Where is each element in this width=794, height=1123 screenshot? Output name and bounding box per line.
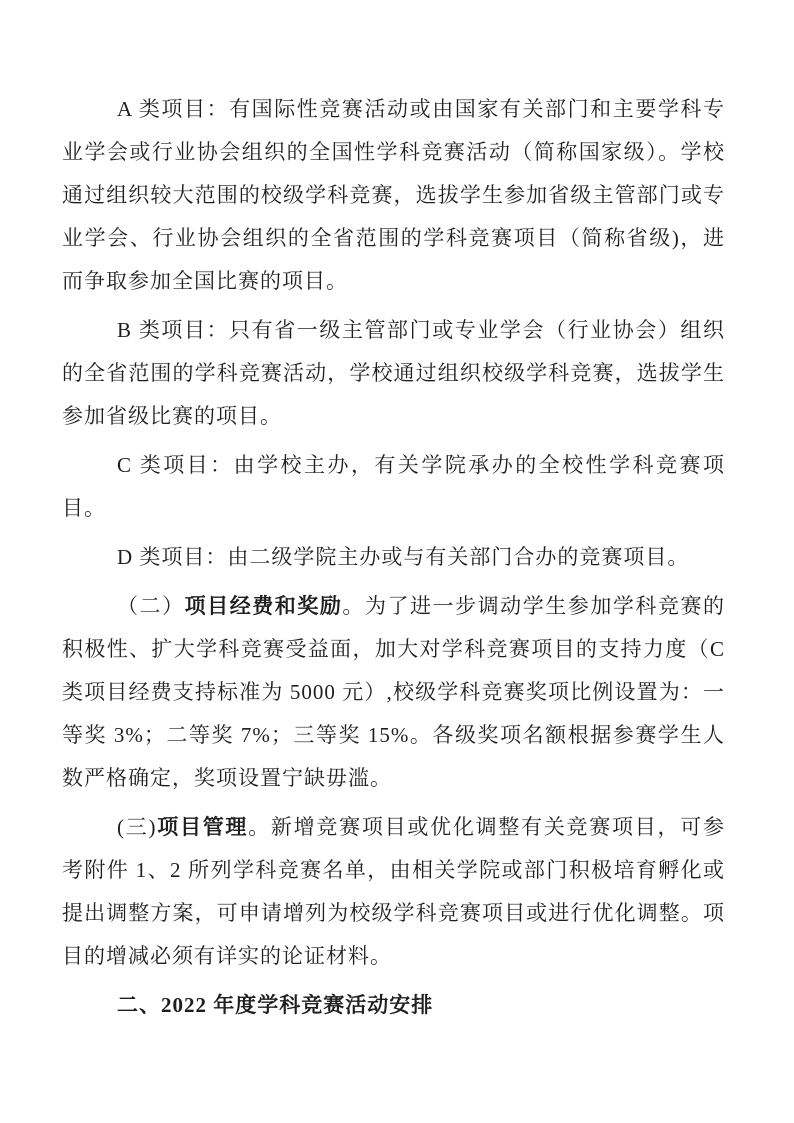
section-heading: 二、2022 年度学科竞赛活动安排: [62, 984, 725, 1027]
paragraph: C 类项目：由学校主办，有关学院承办的全校性学科竞赛项目。: [62, 444, 725, 530]
text-run: B 类项目：只有省一级主管部门或专业学会（行业协会）组织的全省范围的学科竞赛活动…: [62, 318, 725, 428]
bold-text-run: 二、2022 年度学科竞赛活动安排: [117, 993, 433, 1017]
paragraph: （二）项目经费和奖励。为了进一步调动学生参加学科竞赛的积极性、扩大学科竞赛受益面…: [62, 585, 725, 800]
paragraph: (三)项目管理。新增竞赛项目或优化调整有关竞赛项目，可参考附件 1、2 所列学科…: [62, 806, 725, 978]
paragraph: B 类项目：只有省一级主管部门或专业学会（行业协会）组织的全省范围的学科竞赛活动…: [62, 309, 725, 438]
text-run: D 类项目：由二级学院主办或与有关部门合办的竞赛项目。: [117, 545, 689, 569]
bold-text-run: 项目管理: [156, 815, 248, 839]
paragraph: A 类项目：有国际性竞赛活动或由国家有关部门和主要学科专业学会或行业协会组织的全…: [62, 88, 725, 303]
text-run: C 类项目：由学校主办，有关学院承办的全校性学科竞赛项目。: [62, 453, 725, 520]
bold-text-run: 项目经费和奖励: [185, 594, 343, 618]
text-run: （二）: [117, 594, 185, 618]
document-page: A 类项目：有国际性竞赛活动或由国家有关部门和主要学科专业学会或行业协会组织的全…: [0, 0, 794, 1123]
text-run: (三): [117, 815, 156, 839]
text-run: A 类项目：有国际性竞赛活动或由国家有关部门和主要学科专业学会或行业协会组织的全…: [62, 97, 725, 293]
text-run: 。为了进一步调动学生参加学科竞赛的积极性、扩大学科竞赛受益面，加大对学科竞赛项目…: [62, 594, 725, 790]
document-content: A 类项目：有国际性竞赛活动或由国家有关部门和主要学科专业学会或行业协会组织的全…: [0, 0, 794, 1027]
paragraph: D 类项目：由二级学院主办或与有关部门合办的竞赛项目。: [62, 536, 725, 579]
